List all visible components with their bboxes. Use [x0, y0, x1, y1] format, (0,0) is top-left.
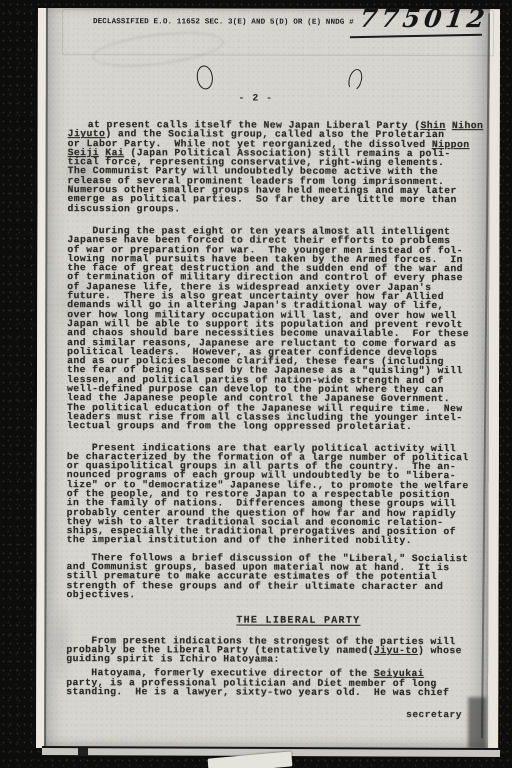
scan-background: DECLASSIFIED E.O. 11652 SEC. 3(E) AND 5(…	[0, 0, 512, 768]
declassification-stamp-text: DECLASSIFIED E.O. 11652 SEC. 3(E) AND 5(…	[93, 18, 354, 27]
paper-crease-left	[44, 8, 47, 748]
binder-ring-mark-right	[346, 68, 364, 93]
paragraph-there-follows: There follows a brief discussion of the …	[66, 553, 490, 601]
binder-ring-mark-left	[195, 65, 214, 91]
body-text: at present calls itself the New Japan Li…	[66, 120, 492, 697]
text-line: standing. He is a lawyer, sixty-two year…	[66, 687, 490, 697]
sheet-edge-notch	[78, 748, 88, 756]
page-number: - 2 -	[34, 92, 478, 104]
declass-number-handwritten: 775012	[358, 4, 490, 33]
paper-corner-shadow	[468, 697, 486, 749]
section-heading: THE LIBERAL PARTY	[86, 616, 510, 626]
text-line: discussion groups.	[67, 204, 491, 214]
paragraph-war-years: During the past eight or ten years almos…	[67, 226, 492, 432]
paragraph-liberal-party: From present indications the strongest o…	[66, 636, 490, 665]
document-page: DECLASSIFIED E.O. 11652 SEC. 3(E) AND 5(…	[36, 8, 500, 749]
catchword-secretary: secretary	[406, 709, 462, 720]
text-line: the imperial institution and of the inhe…	[67, 536, 491, 546]
section-heading-text: THE LIBERAL PARTY	[236, 616, 360, 627]
paragraph-hatoyama: Hatoyama, formerly executive director of…	[66, 669, 490, 698]
paragraph-present-indications: Present indications are that early polit…	[67, 443, 491, 546]
paragraph-continued-from-previous-page: at present calls itself the New Japan Li…	[67, 120, 491, 214]
